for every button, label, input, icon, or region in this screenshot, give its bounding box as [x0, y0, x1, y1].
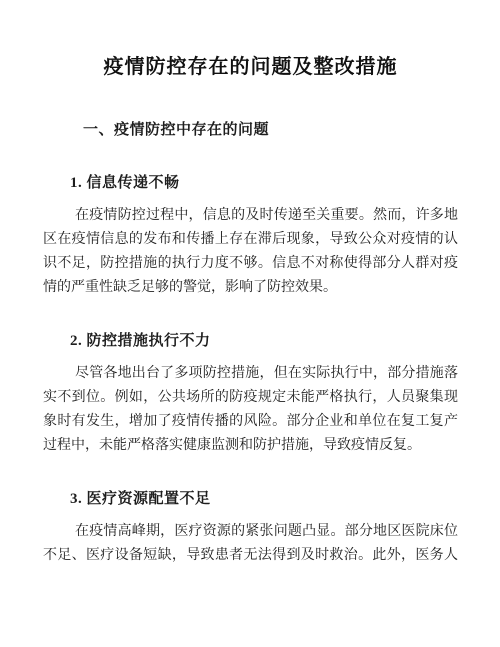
- paragraph-line: 尽管各地出台了多项防控措施，但在实际执行中，部分措施落: [43, 362, 458, 386]
- page-title: 疫情防控存在的问题及整改措施: [43, 50, 458, 84]
- paragraph-line: 识不足，防控措施的执行力度不够。信息不对称使得部分人群对疫: [43, 252, 458, 276]
- item-heading-2: 2. 防控措施执行不力: [43, 330, 458, 352]
- problem-item-1: 1. 信息传递不畅 在疫情防控过程中，信息的及时传递至关重要。然而，许多地 区在…: [43, 172, 458, 300]
- document-page: 疫情防控存在的问题及整改措施 一、疫情防控中存在的问题 1. 信息传递不畅 在疫…: [0, 0, 500, 647]
- problem-item-2: 2. 防控措施执行不力 尽管各地出台了多项防控措施，但在实际执行中，部分措施落 …: [43, 330, 458, 458]
- paragraph-line: 象时有发生，增加了疫情传播的风险。部分企业和单位在复工复产: [43, 410, 458, 434]
- paragraph-line: 在疫情高峰期，医疗资源的紧张问题凸显。部分地区医院床位: [43, 520, 458, 544]
- section-heading: 一、疫情防控中存在的问题: [43, 118, 458, 142]
- paragraph-line: 情的严重性缺乏足够的警觉，影响了防控效果。: [43, 276, 458, 300]
- paragraph-line: 区在疫情信息的发布和传播上存在滞后现象，导致公众对疫情的认: [43, 228, 458, 252]
- paragraph-line: 在疫情防控过程中，信息的及时传递至关重要。然而，许多地: [43, 204, 458, 228]
- paragraph-line: 实不到位。例如，公共场所的防疫规定未能严格执行，人员聚集现: [43, 386, 458, 410]
- item-heading-1: 1. 信息传递不畅: [43, 172, 458, 194]
- paragraph-line: 不足、医疗设备短缺，导致患者无法得到及时救治。此外，医务人: [43, 544, 458, 568]
- problem-item-3: 3. 医疗资源配置不足 在疫情高峰期，医疗资源的紧张问题凸显。部分地区医院床位 …: [43, 488, 458, 568]
- paragraph-line: 过程中，未能严格落实健康监测和防护措施，导致疫情反复。: [43, 434, 458, 458]
- item-heading-3: 3. 医疗资源配置不足: [43, 488, 458, 510]
